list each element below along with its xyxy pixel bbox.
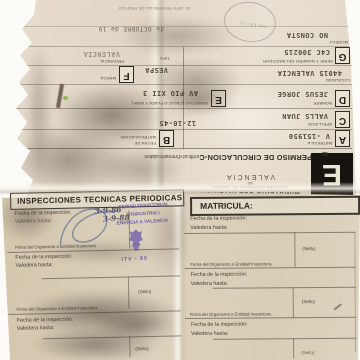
field-d-letter-box: D [335, 90, 350, 107]
field-f-label: MARCA [101, 76, 116, 81]
divider [184, 232, 355, 234]
provincia-label: PROVINCIA [100, 59, 124, 64]
territorial-stamp-line: D'INDUSTRIA I [126, 211, 159, 218]
divider [213, 338, 356, 340]
tipo-label: TIPO [160, 56, 170, 61]
permiso-sheet: E MINISTERIO DEL INTERIOR JEFATURA PROVI… [0, 0, 356, 197]
sello-label: (Sello) [301, 350, 314, 355]
valedera-label: Valedera hasta: [16, 262, 53, 269]
localidad-value: 44015 VALENCIA [277, 69, 342, 77]
permiso-title-main: PERMISO DE CIRCULACION-C [199, 153, 312, 162]
modelo-label: MODELO [329, 40, 348, 45]
inspections-column: INSPECCIONES TECNICAS PERIODICAS Fecha d… [6, 187, 182, 360]
ministry-city: VALENCIA [194, 173, 306, 180]
divider [42, 275, 180, 279]
firma-label: Firma del Organismo o Entidad Inspectora… [16, 305, 98, 312]
divider [43, 335, 181, 339]
valedera-label: Valedera hasta: [17, 325, 54, 332]
valedera-label: Valedera hasta: [191, 331, 228, 337]
round-stamp-text: VALENCIA [239, 21, 267, 30]
localidad-label: LOCALIDAD [326, 78, 350, 83]
divider [354, 232, 356, 352]
issuer-line: EL JEFE PROVINCIAL DE TRAFICO [119, 6, 190, 10]
valedera-label: Valedera hasta: [191, 281, 228, 287]
fecha-label: Fecha de la inspección: [190, 216, 247, 222]
divider [213, 287, 356, 289]
divider [294, 232, 295, 267]
modelo-value: NO CONSTA [286, 31, 328, 39]
horizontal-crease [0, 182, 360, 195]
field-g-label: SERIE Y NUMERO DEL BASTIDOR [263, 59, 333, 64]
divider [185, 317, 356, 319]
field-a-value: V -151950 [288, 132, 330, 140]
stain [160, 84, 236, 116]
stain [26, 38, 52, 183]
field-b-letter-box: B [159, 130, 174, 147]
field-a-label: MATRICULA [307, 141, 332, 146]
field-f-letter-box: F [119, 66, 134, 83]
firma-label: Firma del Organismo o Entidad Inspectora… [190, 261, 272, 267]
valedera-label: Valedera hasta: [190, 225, 227, 231]
field-c-letter-box: C [335, 111, 350, 128]
provincia-value: VALENCIA [83, 50, 120, 58]
form-number: 62 [322, 150, 328, 156]
sello-label: (Sello) [138, 289, 151, 294]
matricula-column: MATRICULA: Fecha de la inspección: Valed… [184, 190, 359, 360]
green-fleck [63, 96, 68, 100]
field-g-letter-box: G [335, 47, 350, 64]
field-c-label: APELLIDOS [308, 122, 332, 127]
field-g-value: C4C 300215 [284, 48, 330, 56]
field-d-value: JESUS JORGE [277, 90, 328, 98]
fecha-label: Fecha de la inspección: [191, 272, 248, 278]
fecha-label: Fecha de la inspección: [191, 322, 248, 328]
field-d-label: NOMBRE [313, 101, 332, 106]
sello-label: (Sello) [135, 346, 148, 351]
scanned-permiso-document: E MINISTERIO DEL INTERIOR JEFATURA PROVI… [0, 0, 360, 360]
divider [293, 287, 294, 318]
fecha-label: Fecha de la inspección: [15, 254, 72, 261]
matricula-header: MATRICULA: [190, 196, 360, 216]
divider [293, 338, 294, 358]
sello-label: (Sello) [302, 246, 315, 251]
stain [118, 16, 238, 56]
valedera-label: Valedera hasta: [15, 218, 52, 225]
territorial-stamp-date: ITV - 86 [121, 256, 148, 263]
divider [128, 276, 130, 308]
sello-label: (Sello) [302, 299, 315, 304]
divider [129, 336, 130, 357]
field-c-value: VALLS JUAN [282, 112, 328, 120]
firma-label: Firma del Organismo o Entidad Inspectora… [190, 311, 272, 317]
divider [185, 267, 356, 269]
field-a-letter-box: A [335, 130, 350, 147]
fecha-label: Fecha de la inspección: [17, 317, 74, 324]
